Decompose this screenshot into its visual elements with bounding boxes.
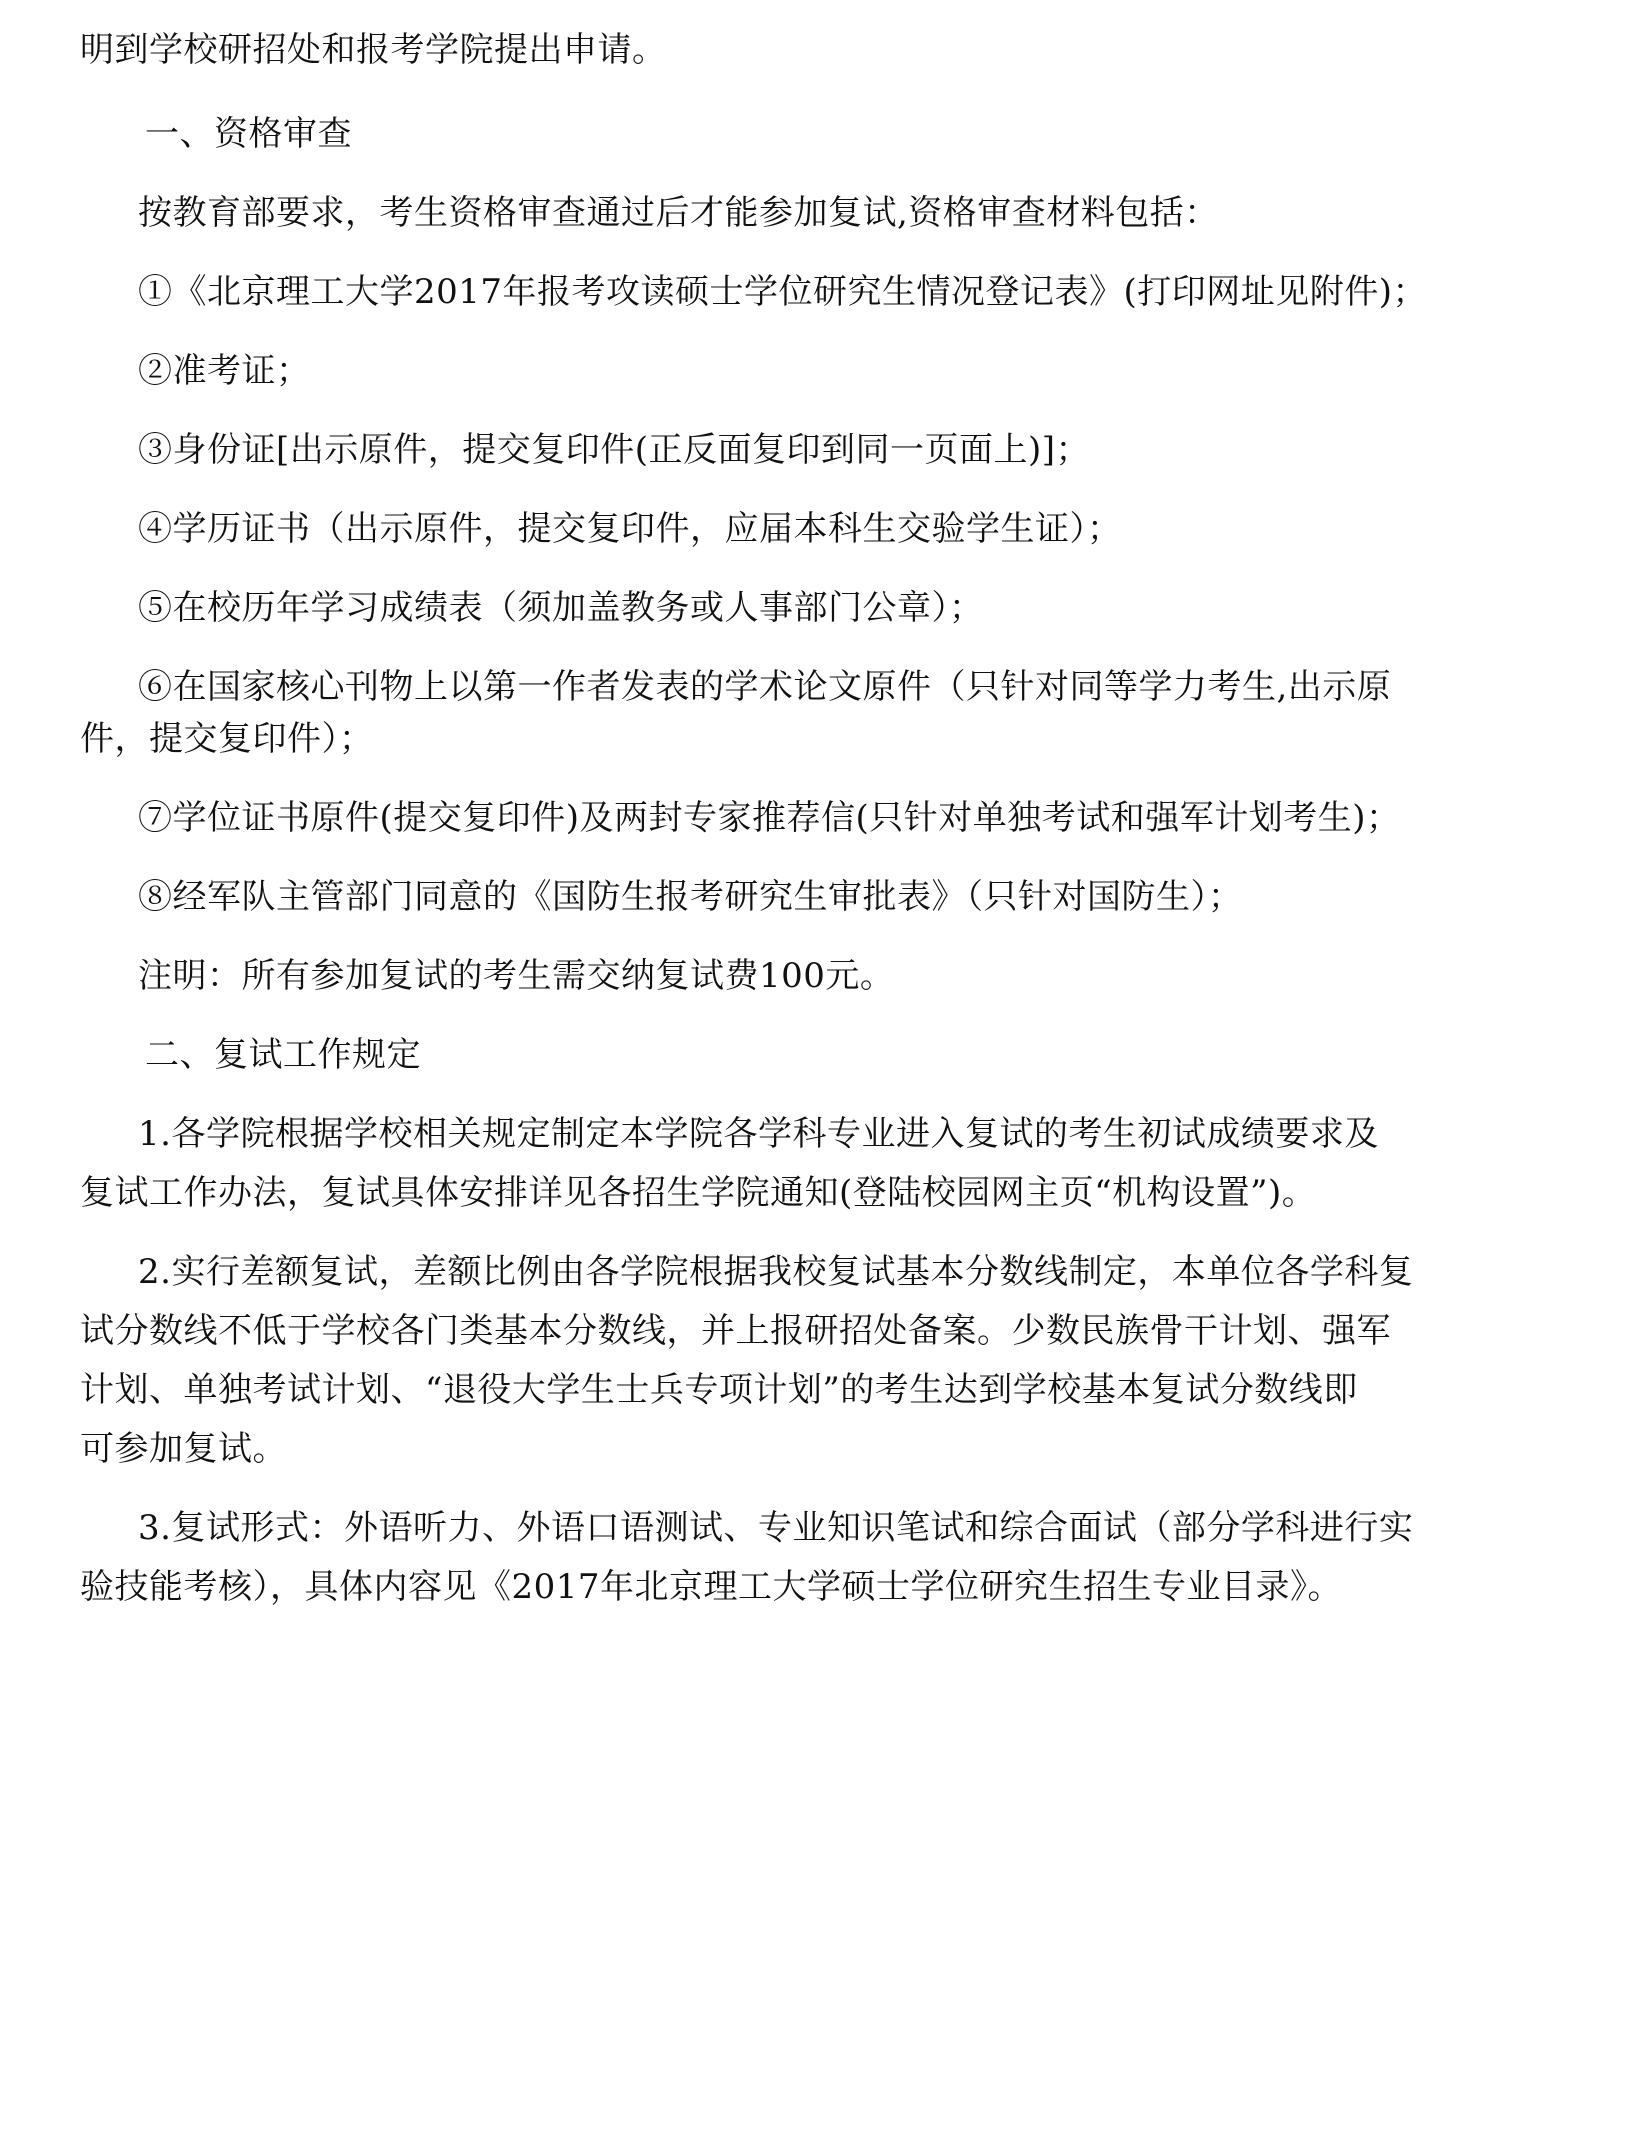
section-heading-qualification-review: 一、资格审查 [145,114,352,154]
document-page: 明到学校研招处和报考学院提出申请。 一、资格审查 按教育部要求，考生资格审查通过… [0,0,1652,2156]
list-item-degree-certificate: ⑦学位证书原件(提交复印件)及两封专家推荐信(只针对单独考试和强军计划考生)； [138,798,1401,838]
rule-3-line-1: 3.复试形式：外语听力、外语口语测试、专业知识笔试和综合面试（部分学科进行实 [138,1508,1413,1548]
list-item-papers: ⑥在国家核心刊物上以第一作者发表的学术论文原件（只针对同等学力考生,出示原 [138,667,1391,707]
list-item-id-card: ③身份证[出示原件，提交复印件(正反面复印到同一页面上)]； [138,430,1090,470]
list-item-transcript: ⑤在校历年学习成绩表（须加盖教务或人事部门公章）； [138,588,984,628]
continuation-text: 明到学校研招处和报考学院提出申请。 [80,30,667,70]
rule-3-line-2: 验技能考核），具体内容见《2017年北京理工大学硕士学位研究生招生专业目录》。 [80,1567,1342,1607]
rule-2-line-1: 2.实行差额复试，差额比例由各学院根据我校复试基本分数线制定，本单位各学科复 [138,1252,1413,1292]
list-item-admission-ticket: ②准考证； [138,351,311,391]
list-item-registration-form: ①《北京理工大学2017年报考攻读硕士学位研究生情况登记表》(打印网址见附件)； [138,272,1427,312]
rule-1-line-2: 复试工作办法，复试具体安排详见各招生学院通知(登陆校园网主页“机构设置”)。 [80,1173,1316,1213]
section-heading-retest-rules: 二、复试工作规定 [145,1035,421,1075]
rule-2-line-3: 计划、单独考试计划、“退役大学生士兵专项计划”的考生达到学校基本复试分数线即 [80,1370,1358,1410]
list-item-defense-student-form: ⑧经军队主管部门同意的《国防生报考研究生审批表》（只针对国防生）； [138,877,1243,917]
rule-2-line-2: 试分数线不低于学校各门类基本分数线，并上报研招处备案。少数民族骨干计划、强军 [80,1311,1391,1351]
fee-note: 注明：所有参加复试的考生需交纳复试费100元。 [138,956,894,996]
list-item-papers-continued: 件，提交复印件）； [80,719,374,759]
rule-2-line-4: 可参加复试。 [80,1429,287,1469]
list-item-diploma: ④学历证书（出示原件，提交复印件，应届本科生交验学生证）； [138,509,1122,549]
rule-1-line-1: 1.各学院根据学校相关规定制定本学院各学科专业进入复试的考生初试成绩要求及 [138,1114,1379,1154]
qualification-intro: 按教育部要求，考生资格审查通过后才能参加复试,资格审查材料包括： [138,193,1219,233]
